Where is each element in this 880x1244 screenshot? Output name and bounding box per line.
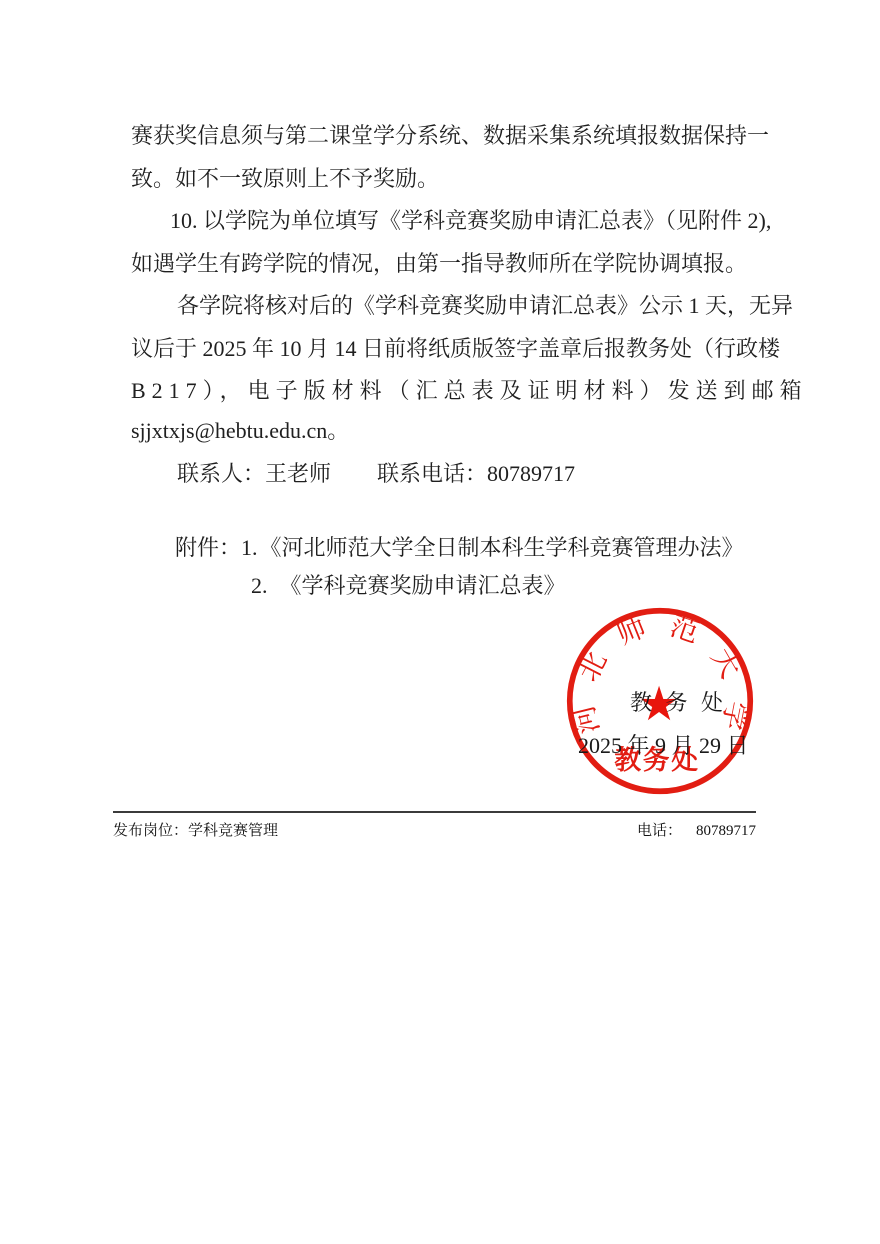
footer-phone-label: 电话：	[637, 823, 682, 839]
body-line: 议后于 2025 年 10 月 14 日前将纸质版签字盖章后报教务处（行政楼	[131, 337, 780, 361]
seal-arc-char: 师	[612, 611, 650, 651]
contact-person: 联系人：王老师	[177, 461, 331, 486]
signature-date: 2025 年 9 月 29 日	[578, 729, 749, 760]
attachment-line: 2.《学科竞赛奖励申请汇总表》	[251, 574, 566, 598]
attachment-number: 2.	[251, 573, 268, 598]
attachment-title: 《学科竞赛奖励申请汇总表》	[280, 573, 566, 598]
body-line: 致。如不一致原则上不予奖励。	[131, 167, 439, 191]
footer-phone: 电话：80789717	[637, 819, 756, 840]
attachment-line: 附件：1.《河北师范大学全日制本科生学科竞赛管理办法》	[175, 536, 744, 560]
attachments-label: 附件：	[175, 535, 241, 560]
seal-arc-char: 北	[573, 647, 614, 686]
body-line: 各学院将核对后的《学科竞赛奖励申请汇总表》公示 1 天，无异	[177, 294, 793, 318]
body-line: B217），电子版材料（汇总表及证明材料）发送到邮箱	[131, 379, 808, 403]
email-line: sjjxtxjs@hebtu.edu.cn。	[131, 419, 349, 443]
body-line: 10. 以学院为单位填写《学科竞赛奖励申请汇总表》（见附件 2),	[170, 209, 771, 233]
seal-arc-char: 范	[666, 610, 703, 650]
contact-phone: 联系电话：80789717	[377, 461, 575, 486]
seal-arc-text: 河 北 师 范 大 学	[569, 610, 753, 737]
document-page: 赛获奖信息须与第二课堂学分系统、数据采集系统填报数据保持一 致。如不一致原则上不…	[0, 0, 880, 1244]
body-line: 如遇学生有跨学院的情况，由第一指导教师所在学院协调填报。	[131, 252, 747, 276]
body-line: 赛获奖信息须与第二课堂学分系统、数据采集系统填报数据保持一	[131, 124, 769, 148]
footer-phone-number: 80789717	[696, 823, 756, 839]
signature-department: 教 务 处	[630, 686, 727, 717]
footer-publish-unit: 发布岗位：学科竞赛管理	[113, 819, 278, 840]
attachment-title: 《河北师范大学全日制本科生学科竞赛管理办法》	[260, 535, 744, 560]
attachment-number: 1.	[241, 535, 258, 560]
footer-divider	[113, 811, 756, 813]
footer: 发布岗位：学科竞赛管理 电话：80789717	[113, 819, 756, 840]
seal-arc-char: 大	[704, 643, 746, 684]
contact-line: 联系人：王老师联系电话：80789717	[177, 462, 575, 486]
